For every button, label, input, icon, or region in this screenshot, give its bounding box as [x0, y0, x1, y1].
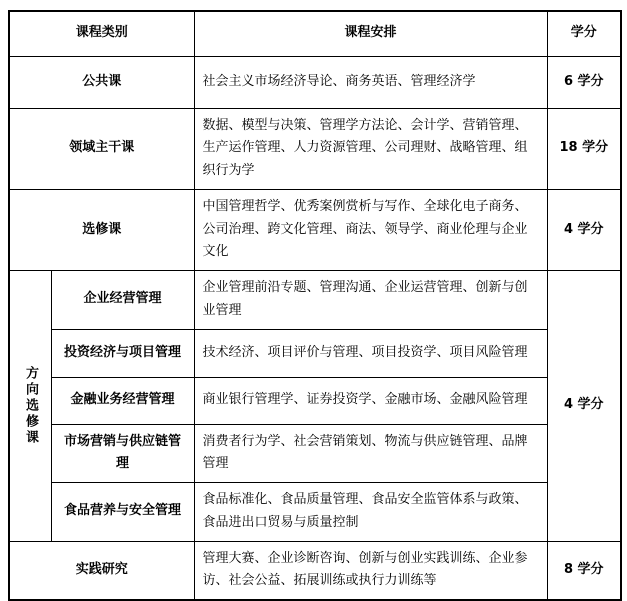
category-cell: 投资经济与项目管理	[51, 329, 194, 377]
credits-cell: 8 学分	[547, 541, 621, 600]
table-row-practice-research: 实践研究 管理大赛、企业诊断咨询、创新与创业实践训练、企业参访、社会公益、拓展训…	[9, 541, 621, 600]
courses-cell: 数据、模型与决策、管理学方法论、会计学、营销管理、生产运作管理、人力资源管理、公…	[194, 108, 547, 189]
table-row-direction-3: 金融业务经营管理 商业银行管理学、证券投资学、金融市场、金融风险管理	[9, 377, 621, 424]
credits-cell: 18 学分	[547, 108, 621, 189]
courses-cell: 技术经济、项目评价与管理、项目投资学、项目风险管理	[194, 329, 547, 377]
table-row-direction-5: 食品营养与安全管理 食品标准化、食品质量管理、食品安全监管体系与政策、食品进出口…	[9, 483, 621, 542]
category-cell: 选修课	[9, 189, 194, 270]
category-cell: 企业经营管理	[51, 271, 194, 330]
header-row: 课程类别 课程安排 学分	[9, 11, 621, 56]
courses-cell: 商业银行管理学、证券投资学、金融市场、金融风险管理	[194, 377, 547, 424]
header-course-category: 课程类别	[9, 11, 194, 56]
table-row-core-courses: 领域主干课 数据、模型与决策、管理学方法论、会计学、营销管理、生产运作管理、人力…	[9, 108, 621, 189]
courses-cell: 中国管理哲学、优秀案例赏析与写作、全球化电子商务、公司治理、跨文化管理、商法、领…	[194, 189, 547, 270]
table-row-direction-1: 方向选修课 企业经营管理 企业管理前沿专题、管理沟通、企业运营管理、创新与创业管…	[9, 271, 621, 330]
courses-cell: 消费者行为学、社会营销策划、物流与供应链管理、品牌管理	[194, 424, 547, 483]
table-row-public-courses: 公共课 社会主义市场经济导论、商务英语、管理经济学 6 学分	[9, 56, 621, 108]
credits-cell: 6 学分	[547, 56, 621, 108]
page: 课程类别 课程安排 学分 公共课 社会主义市场经济导论、商务英语、管理经济学 6…	[0, 0, 627, 527]
course-schedule-table: 课程类别 课程安排 学分 公共课 社会主义市场经济导论、商务英语、管理经济学 6…	[8, 10, 622, 601]
credits-cell: 4 学分	[547, 189, 621, 270]
direction-credits-cell: 4 学分	[547, 271, 621, 542]
courses-cell: 企业管理前沿专题、管理沟通、企业运营管理、创新与创业管理	[194, 271, 547, 330]
category-cell: 金融业务经营管理	[51, 377, 194, 424]
direction-group-label: 方向选修课	[22, 366, 38, 446]
category-cell: 市场营销与供应链管理	[51, 424, 194, 483]
category-cell: 领域主干课	[9, 108, 194, 189]
courses-cell: 食品标准化、食品质量管理、食品安全监管体系与政策、食品进出口贸易与质量控制	[194, 483, 547, 542]
table-row-direction-2: 投资经济与项目管理 技术经济、项目评价与管理、项目投资学、项目风险管理	[9, 329, 621, 377]
header-course-arrangement: 课程安排	[194, 11, 547, 56]
category-cell: 公共课	[9, 56, 194, 108]
courses-cell: 管理大赛、企业诊断咨询、创新与创业实践训练、企业参访、社会公益、拓展训练或执行力…	[194, 541, 547, 600]
table-row-direction-4: 市场营销与供应链管理 消费者行为学、社会营销策划、物流与供应链管理、品牌管理	[9, 424, 621, 483]
category-cell: 食品营养与安全管理	[51, 483, 194, 542]
courses-cell: 社会主义市场经济导论、商务英语、管理经济学	[194, 56, 547, 108]
table-row-elective-courses: 选修课 中国管理哲学、优秀案例赏析与写作、全球化电子商务、公司治理、跨文化管理、…	[9, 189, 621, 270]
category-cell: 实践研究	[9, 541, 194, 600]
direction-group-label-cell: 方向选修课	[9, 271, 51, 542]
header-credits: 学分	[547, 11, 621, 56]
